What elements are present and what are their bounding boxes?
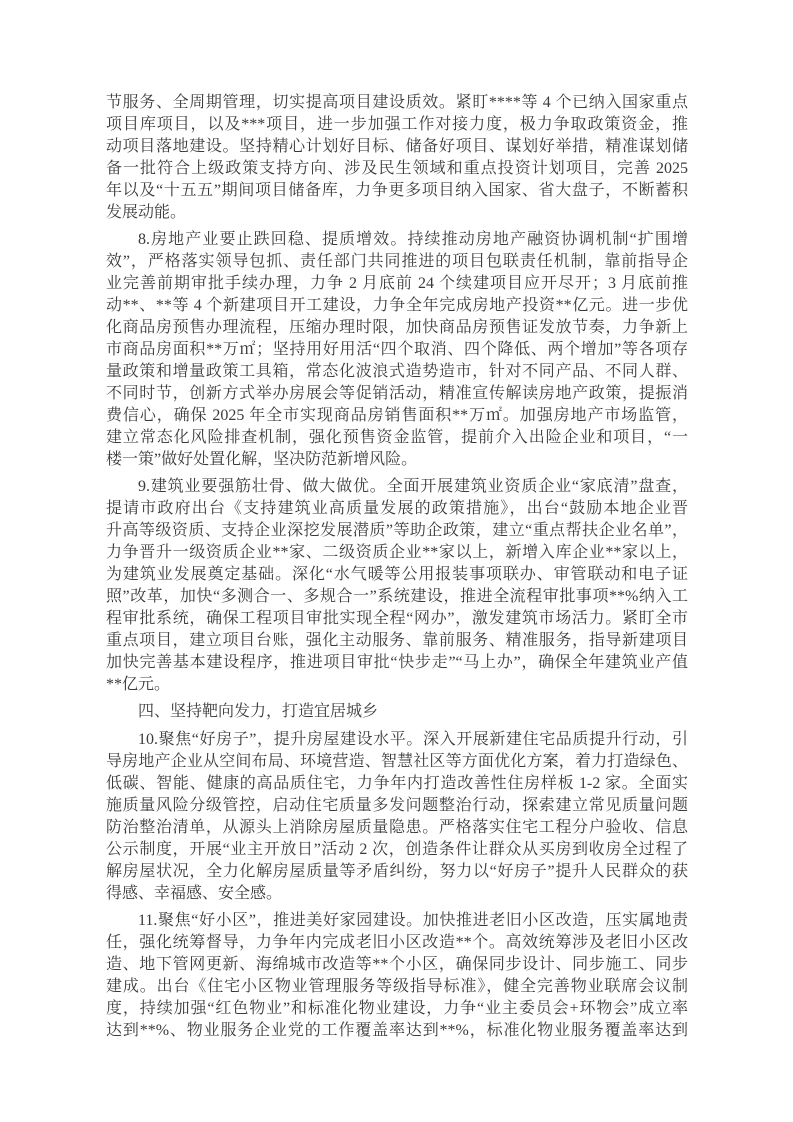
paragraph-line: 导房地产企业从空间布局、环境营造、智慧社区等方面优化方案，着力打造绿色、 xyxy=(106,751,688,773)
paragraph-line: 解房屋状况，全力化解房屋质量等矛盾纠纷，努力以“好房子”提升人民群众的获 xyxy=(106,861,688,883)
paragraph-line: 业完善前期审批手续办理，力争 2 月底前 24 个续建项目应开尽开；3 月底前推 xyxy=(106,273,688,295)
paragraph: 10.聚焦“好房子”，提升房屋建设水平。深入开展新建住宅品质提升行动，引导房地产… xyxy=(106,729,688,905)
paragraph-line: **亿元。 xyxy=(106,674,688,696)
paragraph: 节服务、全周期管理，切实提高项目建设质效。紧盯****等 4 个已纳入国家重点项… xyxy=(106,92,688,224)
paragraph: 8.房地产业要止跌回稳、提质增效。持续推动房地产融资协调机制“扩围增效”，严格落… xyxy=(106,229,688,471)
paragraph-line: 动项目落地建设。坚持精心计划好目标、储备好项目、谋划好举措，精准谋划储 xyxy=(106,136,688,158)
paragraph-line: 提请市政府出台《支持建筑业高质量发展的政策措施》，出台“鼓励本地企业晋 xyxy=(106,498,688,520)
paragraph-line: 10.聚焦“好房子”，提升房屋建设水平。深入开展新建住宅品质提升行动，引 xyxy=(106,729,688,751)
paragraph-line: 不同时节，创新方式举办房展会等促销活动，精准宣传解读房地产政策，提振消 xyxy=(106,383,688,405)
paragraph-line: 施质量风险分级管控，启动住宅质量多发问题整治行动，探索建立常见质量问题 xyxy=(106,795,688,817)
paragraph-line: 费信心，确保 2025 年全市实现商品房销售面积**万㎡。加强房地产市场监管， xyxy=(106,405,688,427)
paragraph-line: 效”，严格落实领导包抓、责任部门共同推进的项目包联责任机制，靠前指导企 xyxy=(106,251,688,273)
paragraph-line: 建立常态化风险排查机制，强化预售资金监管，提前介入出险企业和项目，“一 xyxy=(106,427,688,449)
paragraph-line: 备一批符合上级政策支持方向、涉及民生领域和重点投资计划项目，完善 2025 xyxy=(106,158,688,180)
paragraph-line: 化商品房预售办理流程，压缩办理时限，加快商品房预售证发放节奏，力争新上 xyxy=(106,317,688,339)
paragraph: 11.聚焦“好小区”，推进美好家园建设。加快推进老旧小区改造，压实属地责任，强化… xyxy=(106,910,688,1042)
paragraph-line: 动**、**等 4 个新建项目开工建设，力争全年完成房地产投资**亿元。进一步优 xyxy=(106,295,688,317)
paragraph-line: 项目库项目，以及***项目，进一步加强工作对接力度，极力争取政策资金，推 xyxy=(106,114,688,136)
document-page: 节服务、全周期管理，切实提高项目建设质效。紧盯****等 4 个已纳入国家重点项… xyxy=(0,0,793,1122)
paragraph-line: 8.房地产业要止跌回稳、提质增效。持续推动房地产融资协调机制“扩围增 xyxy=(106,229,688,251)
paragraph-line: 度，持续加强“红色物业”和标准化物业建设，力争“业主委员会+环物会”成立率 xyxy=(106,998,688,1020)
heading-text: 四、坚持靶向发力，打造宜居城乡 xyxy=(106,701,688,723)
paragraph-line: 得感、幸福感、安全感。 xyxy=(106,883,688,905)
paragraph-line: 节服务、全周期管理，切实提高项目建设质效。紧盯****等 4 个已纳入国家重点 xyxy=(106,92,688,114)
paragraph-line: 防治整治清单，从源头上消除房屋质量隐患。严格落实住宅工程分户验收、信息 xyxy=(106,817,688,839)
paragraph-line: 加快完善基本建设程序，推进项目审批“快步走”“马上办”，确保全年建筑业产值 xyxy=(106,652,688,674)
document-body: 节服务、全周期管理，切实提高项目建设质效。紧盯****等 4 个已纳入国家重点项… xyxy=(106,92,688,1047)
paragraph-line: 为建筑业发展奠定基础。深化“水气暖等公用报装事项联办、审管联动和电子证 xyxy=(106,564,688,586)
paragraph-line: 重点项目，建立项目台账，强化主动服务、靠前服务、精准服务，指导新建项目 xyxy=(106,630,688,652)
paragraph-line: 程审批系统，确保工程项目审批实现全程“网办”，激发建筑市场活力。紧盯全市 xyxy=(106,608,688,630)
paragraph-line: 年以及“十五五”期间项目储备库，力争更多项目纳入国家、省大盘子，不断蓄积 xyxy=(106,180,688,202)
paragraph-line: 11.聚焦“好小区”，推进美好家园建设。加快推进老旧小区改造，压实属地责 xyxy=(106,910,688,932)
paragraph-line: 量政策和增量政策工具箱，常态化波浪式造势造市，针对不同产品、不同人群、 xyxy=(106,361,688,383)
paragraph-line: 造、地下管网更新、海绵城市改造等**个小区，确保同步设计、同步施工、同步 xyxy=(106,954,688,976)
paragraph: 9.建筑业要强筋壮骨、做大做优。全面开展建筑业资质企业“家底清”盘查，提请市政府… xyxy=(106,476,688,696)
section-heading: 四、坚持靶向发力，打造宜居城乡 xyxy=(106,701,688,723)
paragraph-line: 发展动能。 xyxy=(106,202,688,224)
paragraph-line: 升高等级资质、支持企业深挖发展潜质”等助企政策，建立“重点帮扶企业名单”， xyxy=(106,520,688,542)
paragraph-line: 照”改革，加快“多测合一、多规合一”系统建设，推进全流程审批事项**%纳入工 xyxy=(106,586,688,608)
paragraph-line: 低碳、智能、健康的高品质住宅，力争年内打造改善性住房样板 1-2 家。全面实 xyxy=(106,773,688,795)
paragraph-line: 建成。出台《住宅小区物业管理服务等级指导标准》，健全完善物业联席会议制 xyxy=(106,976,688,998)
paragraph-line: 9.建筑业要强筋壮骨、做大做优。全面开展建筑业资质企业“家底清”盘查， xyxy=(106,476,688,498)
paragraph-line: 达到**%、物业服务企业党的工作覆盖率达到**%，标准化物业服务覆盖率达到 xyxy=(106,1020,688,1042)
paragraph-line: 公示制度，开展“业主开放日”活动 2 次，创造条件让群众从买房到收房全过程了 xyxy=(106,839,688,861)
paragraph-line: 力争晋升一级资质企业**家、二级资质企业**家以上，新增入库企业**家以上， xyxy=(106,542,688,564)
paragraph-line: 市商品房面积**万㎡；坚持用好用活“四个取消、四个降低、两个增加”等各项存 xyxy=(106,339,688,361)
paragraph-line: 任，强化统筹督导，力争年内完成老旧小区改造**个。高效统筹涉及老旧小区改 xyxy=(106,932,688,954)
paragraph-line: 楼一策”做好处置化解，坚决防范新增风险。 xyxy=(106,449,688,471)
